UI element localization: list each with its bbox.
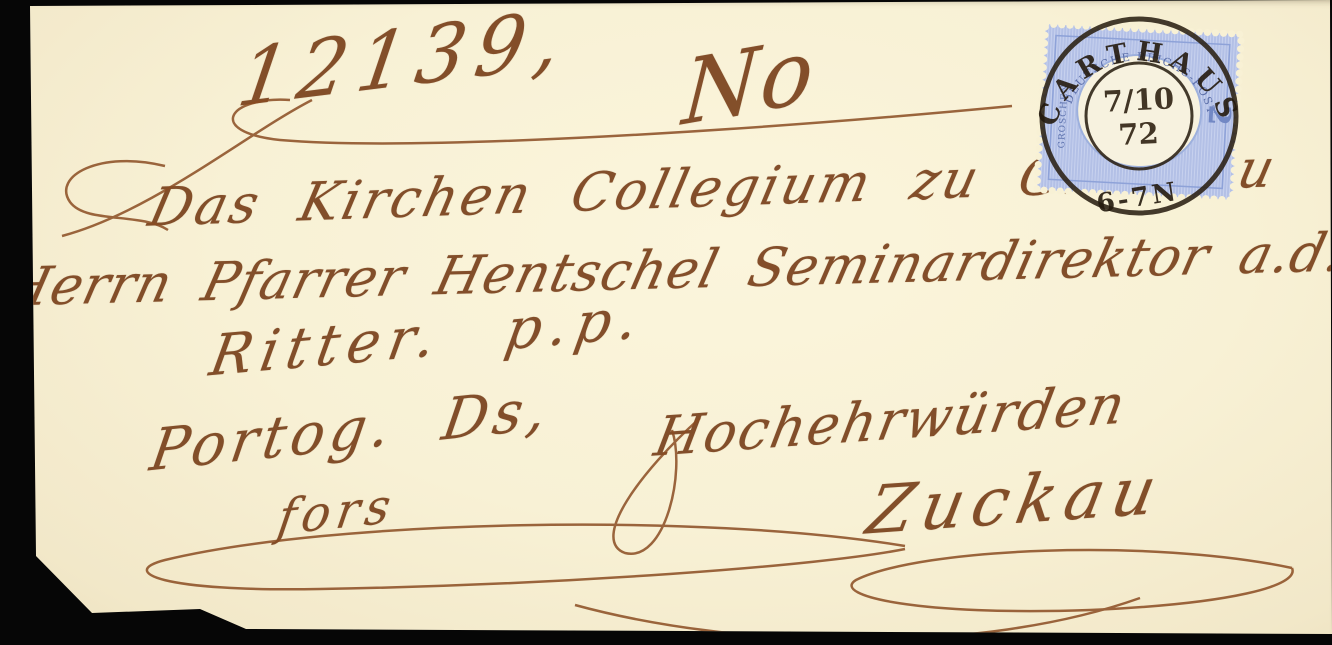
franking-note: fors [274, 481, 399, 542]
address-line-2: Herrn Pfarrer Hentschel Seminardirektor … [0, 226, 1332, 314]
postmark-date-text: 7/10 [1102, 81, 1175, 119]
stamp-denomination-numeral: 2 [1201, 104, 1237, 127]
postage-note: Portog. Ds, [146, 380, 555, 480]
flourish-zuckau-underline [852, 550, 1293, 611]
flourish-fors-ellipse [147, 525, 905, 590]
postmark-town-text: CARTHAUS [1032, 36, 1246, 131]
registry-number: 12139, [233, 0, 576, 119]
flourish-strokes [0, 0, 1332, 645]
destination-town: Zuckau [862, 457, 1170, 545]
honorific-line: Hochehrwürden [650, 377, 1131, 465]
stamp-inscription-text: DEUTSCHE REICHS-POST [1061, 46, 1221, 116]
address-line-1: Das Kirchen Collegium zu Grundau [144, 142, 1282, 235]
photo-frame: 12139, No Das Kirchen Collegium zu Grund… [0, 0, 1332, 645]
envelope: 12139, No Das Kirchen Collegium zu Grund… [0, 0, 1332, 645]
stamp-currency-text: GROSCHEN [1057, 83, 1070, 148]
sender-notation: No [680, 25, 818, 139]
flourish-zuckau-tail [575, 598, 1140, 640]
